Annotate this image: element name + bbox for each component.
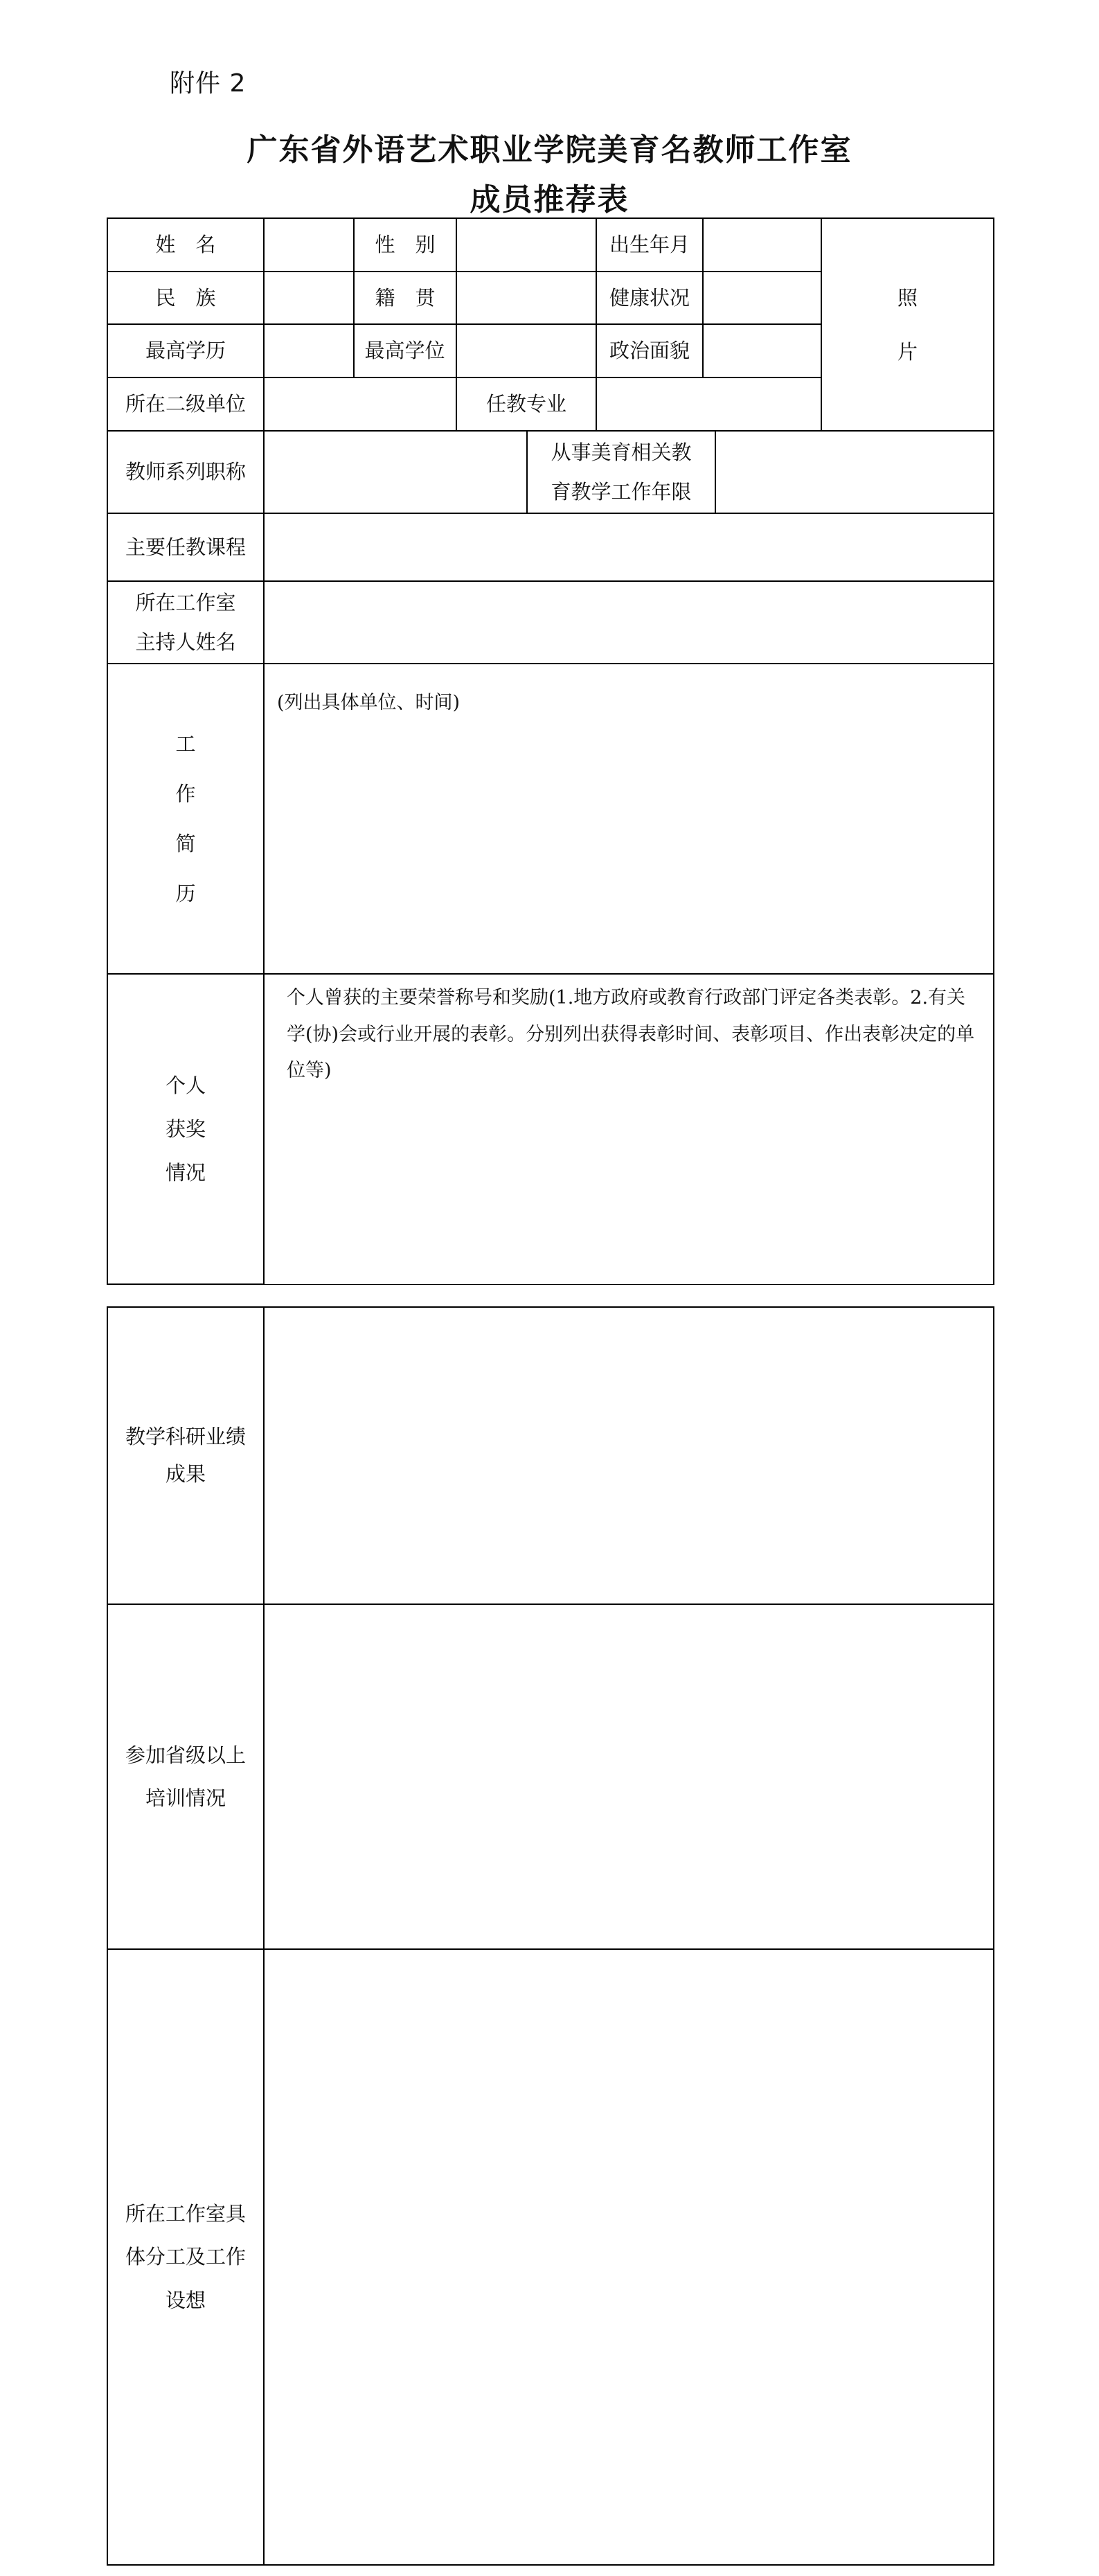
- native-place-field[interactable]: [456, 271, 597, 325]
- plan-label: 所在工作室具 体分工及工作 设想: [125, 2192, 246, 2322]
- years-label-cell: 从事美育相关教 育教学工作年限: [526, 430, 716, 514]
- resume-label-char-3: 简: [175, 819, 195, 869]
- years-field[interactable]: [715, 430, 994, 514]
- resume-label-char-2: 作: [175, 769, 195, 819]
- awards-note: 个人曾获的主要荣誉称号和奖励(1.地方政府或教育行政部门评定各类表彰。2.有关学…: [287, 980, 981, 1090]
- major-field[interactable]: [596, 377, 822, 432]
- birth-label-cell: 出生年月: [596, 217, 704, 272]
- research-label: 教学科研业绩 成果: [125, 1419, 246, 1493]
- awards-label-line-3: 情况: [166, 1151, 206, 1195]
- education-field[interactable]: [263, 323, 355, 378]
- name-field[interactable]: [263, 217, 355, 272]
- major-label: 任教专业: [486, 387, 566, 422]
- ethnicity-label: 民 族: [155, 281, 215, 316]
- research-label-cell: 教学科研业绩 成果: [107, 1306, 265, 1605]
- form-title: 广东省外语艺术职业学院美育名教师工作室: [0, 125, 1099, 169]
- degree-label-cell: 最高学位: [353, 323, 457, 378]
- unit-label: 所在二级单位: [125, 387, 246, 422]
- resume-field[interactable]: (列出具体单位、时间): [263, 663, 994, 975]
- education-label-cell: 最高学历: [107, 323, 265, 378]
- host-label: 所在工作室 主持人姓名: [135, 583, 235, 661]
- unit-label-cell: 所在二级单位: [107, 377, 265, 432]
- title-rank-label-cell: 教师系列职称: [107, 430, 265, 514]
- ethnicity-label-cell: 民 族: [107, 271, 265, 325]
- gender-label-cell: 性 别: [353, 217, 457, 272]
- health-label: 健康状况: [609, 281, 690, 316]
- political-label-cell: 政治面貌: [596, 323, 704, 378]
- health-field[interactable]: [702, 271, 822, 325]
- photo-label-2: 片: [897, 325, 918, 379]
- photo-label-1: 照: [897, 271, 918, 325]
- photo-box[interactable]: 照 片: [821, 217, 994, 432]
- name-label: 姓 名: [155, 227, 215, 263]
- political-field[interactable]: [702, 323, 822, 378]
- form-subtitle: 成员推荐表: [0, 175, 1099, 219]
- major-label-cell: 任教专业: [456, 377, 597, 432]
- health-label-cell: 健康状况: [596, 271, 704, 325]
- title-rank-label: 教师系列职称: [125, 454, 246, 490]
- plan-label-cell: 所在工作室具 体分工及工作 设想: [107, 1948, 265, 2566]
- years-label: 从事美育相关教 育教学工作年限: [551, 433, 691, 511]
- awards-label-line-2: 获奖: [166, 1108, 206, 1151]
- resume-label-char-1: 工: [175, 719, 195, 769]
- awards-label-cell: 个人 获奖 情况: [107, 973, 265, 1285]
- degree-label: 最高学位: [364, 333, 445, 368]
- unit-field[interactable]: [263, 377, 457, 432]
- title-rank-field[interactable]: [263, 430, 528, 514]
- host-field[interactable]: [263, 580, 994, 664]
- gender-field[interactable]: [456, 217, 597, 272]
- research-field[interactable]: [263, 1306, 994, 1605]
- training-label-cell: 参加省级以上 培训情况: [107, 1604, 265, 1950]
- training-label: 参加省级以上 培训情况: [125, 1734, 246, 1820]
- education-label: 最高学历: [145, 333, 226, 368]
- ethnicity-field[interactable]: [263, 271, 355, 325]
- courses-field[interactable]: [263, 513, 994, 582]
- courses-label-cell: 主要任教课程: [107, 513, 265, 582]
- birth-label: 出生年月: [609, 227, 690, 263]
- name-label-cell: 姓 名: [107, 217, 265, 272]
- political-label: 政治面貌: [609, 333, 690, 368]
- host-label-cell: 所在工作室 主持人姓名: [107, 580, 265, 664]
- training-field[interactable]: [263, 1604, 994, 1950]
- courses-label: 主要任教课程: [125, 530, 246, 565]
- awards-label-line-1: 个人: [166, 1064, 206, 1108]
- resume-label-cell: 工 作 简 历: [107, 663, 265, 975]
- awards-field[interactable]: 个人曾获的主要荣誉称号和奖励(1.地方政府或教育行政部门评定各类表彰。2.有关学…: [263, 973, 994, 1285]
- native-place-label: 籍 贯: [375, 281, 435, 316]
- birth-field[interactable]: [702, 217, 822, 272]
- resume-label-char-4: 历: [175, 869, 195, 918]
- resume-note: (列出具体单位、时间): [277, 685, 460, 722]
- plan-field[interactable]: [263, 1948, 994, 2566]
- degree-field[interactable]: [456, 323, 597, 378]
- native-place-label-cell: 籍 贯: [353, 271, 457, 325]
- gender-label: 性 别: [375, 227, 435, 263]
- attachment-number: 附件 2: [170, 64, 246, 99]
